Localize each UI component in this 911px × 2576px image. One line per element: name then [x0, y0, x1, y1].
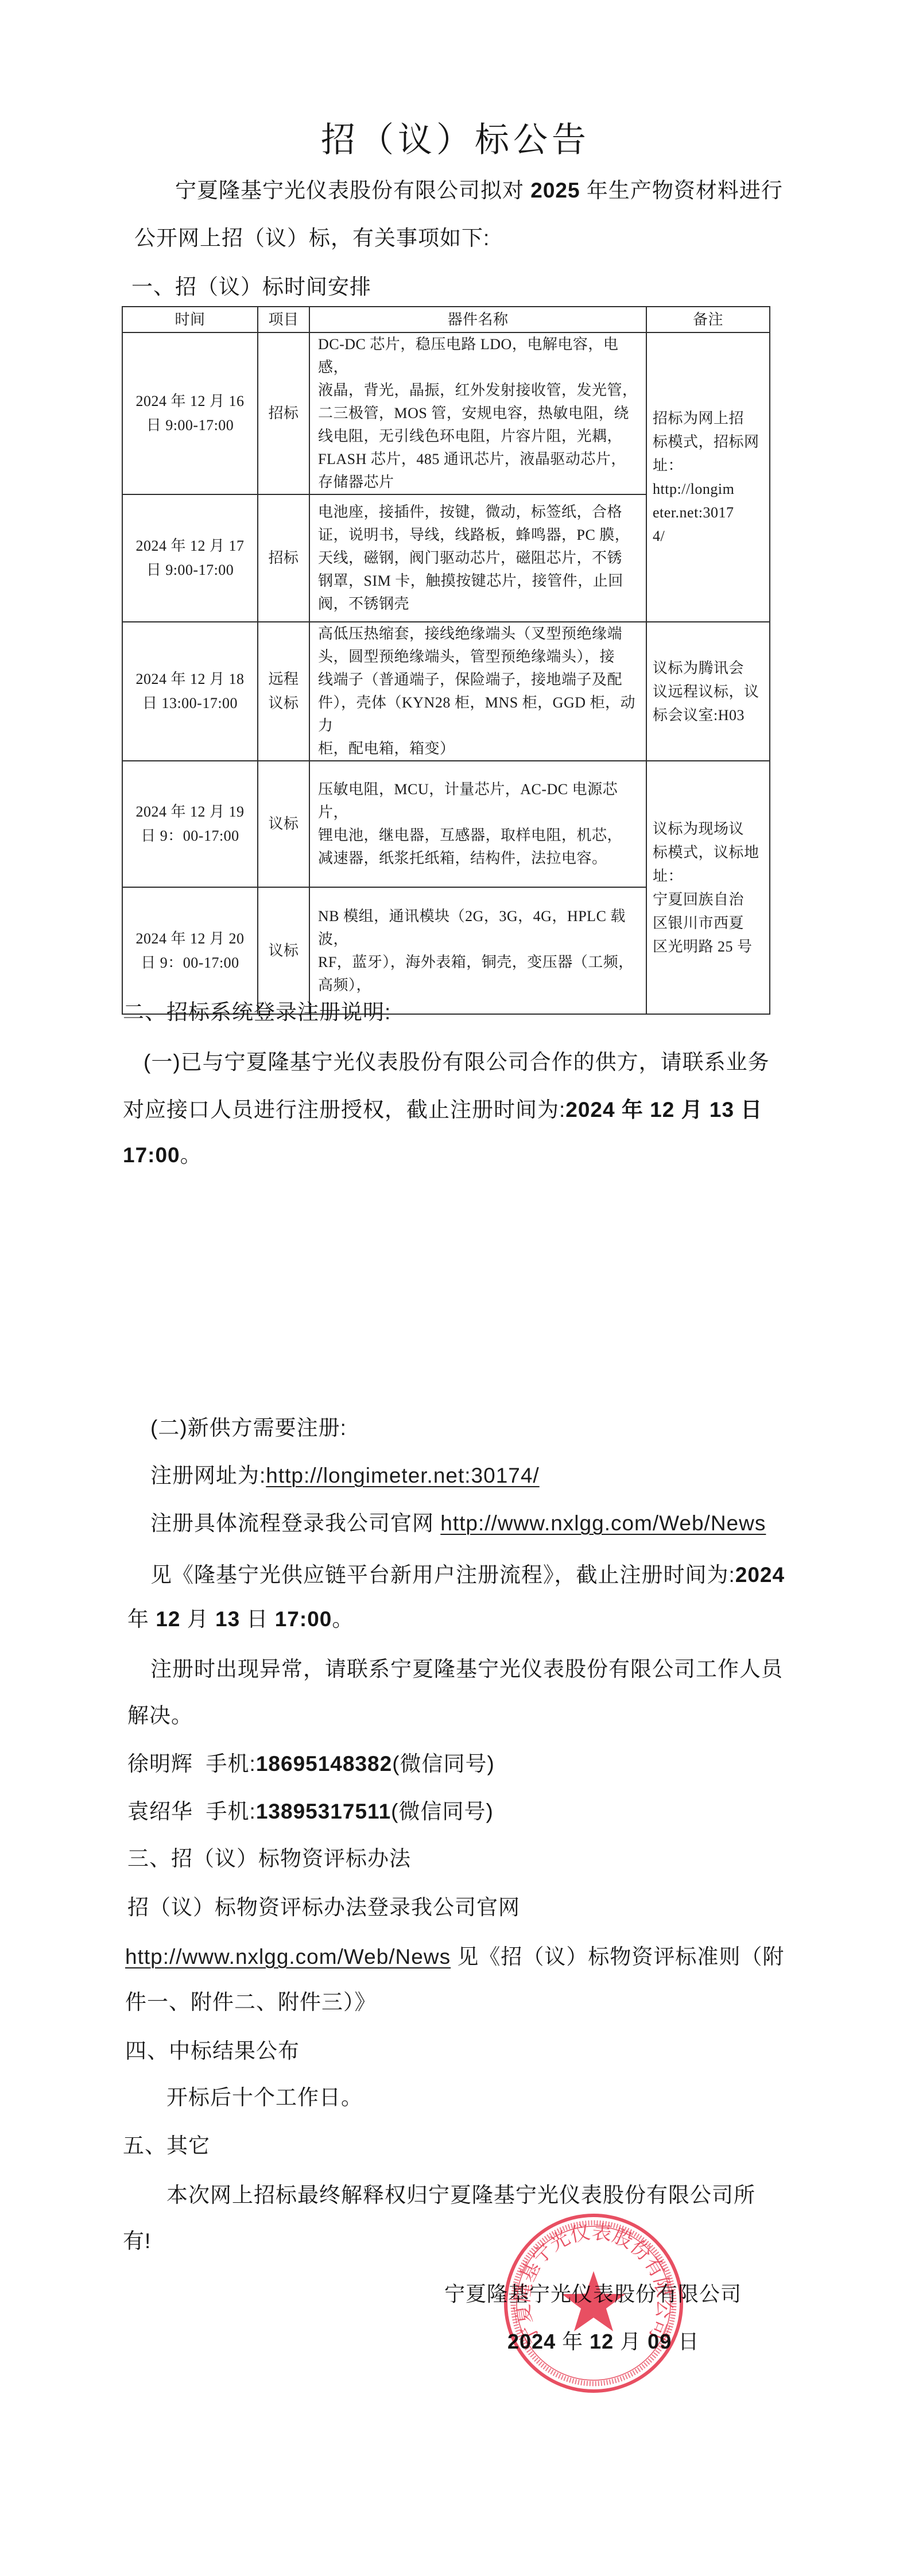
section-2-part-1-line-2: 对应接口人员进行注册授权，截止注册时间为:2024 年 12 月 13 日 — [123, 1097, 762, 1123]
cell-item: 议标 — [258, 761, 309, 887]
registration-guide-text: 见《隆基宁光供应链平台新用户注册流程》，截止注册时间为: — [150, 1563, 735, 1587]
contact-phone: 13895317511 — [256, 1800, 391, 1823]
section-3-heading: 三、招（议）标物资评标办法 — [127, 1846, 411, 1872]
registration-process-label: 注册具体流程登录我公司官网 — [150, 1511, 440, 1535]
registration-url-line: 注册网址为:http://longimeter.net:30174/ — [150, 1463, 540, 1489]
evaluation-rules-text: 见《招（议）标物资评标准则（附 — [451, 1945, 784, 1968]
cell-time: 2024 年 12 月 20 日 9：00-17:00 — [122, 887, 258, 1014]
table-header-time: 时间 — [122, 307, 258, 332]
intro-line-1: 宁夏隆基宁光仪表股份有限公司拟对 2025 年生产物资材料进行 — [175, 177, 783, 204]
company-website-link[interactable]: http://www.nxlgg.com/Web/News — [440, 1511, 766, 1535]
table-header-item: 项目 — [258, 307, 309, 332]
seal-star-icon — [562, 2271, 625, 2331]
deadline-time: 17:00 — [123, 1143, 180, 1167]
contact-item: 徐明辉 手机:18695148382(微信同号) — [127, 1751, 495, 1777]
intro-year: 2025 — [530, 179, 580, 202]
table-header-row: 时间 项目 器件名称 备注 — [122, 307, 770, 332]
cell-time: 2024 年 12 月 17 日 9:00-17:00 — [122, 494, 258, 622]
section-5-body-line-1: 本次网上招标最终解释权归宁夏隆基宁光仪表股份有限公司所 — [166, 2182, 755, 2208]
cell-item: 招标 — [258, 494, 309, 622]
table-row: 2024 年 12 月 16 日 9:00-17:00 招标 DC-DC 芯片，… — [122, 332, 770, 494]
section-3-line-3: 件一、附件二、附件三）》 — [125, 1989, 377, 2016]
cell-materials: DC-DC 芯片，稳压电路 LDO，电解电容，电感， 液晶，背光，晶振，红外发射… — [309, 332, 646, 494]
page-title: 招（议）标公告 — [0, 119, 911, 161]
cell-remark: 议标为现场议 标模式，议标地 址： 宁夏回族自治 区银川市西夏 区光明路 25 … — [646, 761, 770, 1014]
registration-process-line: 注册具体流程登录我公司官网 http://www.nxlgg.com/Web/N… — [150, 1510, 766, 1537]
section-1-heading: 一、招（议）标时间安排 — [131, 274, 371, 300]
contact-name: 徐明辉 — [127, 1752, 193, 1776]
cell-item: 议标 — [258, 887, 309, 1014]
section-3-line-1: 招（议）标物资评标办法登录我公司官网 — [127, 1894, 520, 1921]
schedule-table: 时间 项目 器件名称 备注 2024 年 12 月 16 日 9:00-17:0… — [122, 306, 770, 1015]
contact-name: 袁绍华 — [127, 1800, 193, 1823]
registration-deadline-line: 年 12 月 13 日 17:00。 — [127, 1606, 354, 1633]
cell-materials: 电池座，接插件，按键，微动，标签纸，合格 证，说明书，导线，线路板，蜂鸣器，PC… — [309, 494, 646, 622]
cell-materials: 高低压热缩套，接线绝缘端头（叉型预绝缘端 头，圆型预绝缘端头，管型预绝缘端头），… — [309, 622, 646, 761]
announcement-page: 招（议）标公告 宁夏隆基宁光仪表股份有限公司拟对 2025 年生产物资材料进行 … — [0, 0, 911, 2576]
company-seal-icon: 宁夏隆基宁光仪表股份有限公司 — [502, 2211, 685, 2395]
section-2-heading: 二、招标系统登录注册说明: — [123, 999, 391, 1026]
contact-phone-label: 手机: — [193, 1752, 256, 1776]
cell-item: 招标 — [258, 332, 309, 494]
registration-guide-line: 见《隆基宁光供应链平台新用户注册流程》，截止注册时间为:2024 — [150, 1562, 785, 1588]
section-5-body-line-2: 有! — [123, 2228, 151, 2254]
contact-phone: 18695148382 — [256, 1752, 392, 1776]
deadline-label: 对应接口人员进行注册授权，截止注册时间为: — [123, 1098, 565, 1121]
cell-item: 远程 议标 — [258, 622, 309, 761]
registration-url-label: 注册网址为: — [150, 1464, 266, 1487]
section-2-part-1-line-1: (一)已与宁夏隆基宁光仪表股份有限公司合作的供方，请联系业务 — [144, 1049, 770, 1076]
intro-text: 宁夏隆基宁光仪表股份有限公司拟对 — [175, 179, 530, 202]
date-unit: 日 — [240, 1607, 275, 1631]
section-4-body: 开标后十个工作日。 — [166, 2084, 363, 2111]
punctuation: 。 — [180, 1143, 202, 1167]
registration-url-link[interactable]: http://longimeter.net:30174/ — [266, 1464, 539, 1487]
cell-time: 2024 年 12 月 19 日 9：00-17:00 — [122, 761, 258, 887]
deadline-date: 2024 年 12 月 13 日 — [565, 1098, 762, 1121]
cell-materials: 压敏电阻，MCU，计量芯片，AC-DC 电源芯片， 锂电池，继电器，互感器，取样… — [309, 761, 646, 887]
registration-issue-line-2: 解决。 — [127, 1703, 193, 1729]
contact-phone-label: 手机: — [193, 1800, 256, 1823]
deadline-day: 13 — [215, 1607, 240, 1631]
section-2-part-1-line-3: 17:00。 — [123, 1142, 202, 1169]
contact-item: 袁绍华 手机:13895317511(微信同号) — [127, 1798, 494, 1825]
date-unit: 年 — [127, 1607, 156, 1631]
contact-note: (微信同号) — [392, 1752, 495, 1776]
cell-materials: NB 模组，通讯模块（2G，3G，4G，HPLC 载波， RF，蓝牙），海外表箱… — [309, 887, 646, 1014]
section-5-heading: 五、其它 — [123, 2133, 210, 2159]
intro-text: 年生产物资材料进行 — [580, 179, 783, 202]
section-3-line-2: http://www.nxlgg.com/Web/News 见《招（议）标物资评… — [125, 1944, 784, 1970]
deadline-year: 2024 — [735, 1563, 785, 1587]
deadline-time: 17:00 — [275, 1607, 332, 1631]
cell-remark: 招标为网上招 标模式，招标网 址： http://longim eter.net… — [646, 332, 770, 622]
section-4-heading: 四、中标结果公布 — [125, 2038, 300, 2064]
intro-line-2: 公开网上招（议）标，有关事项如下: — [134, 225, 490, 252]
date-unit: 月 — [180, 1607, 215, 1631]
table-row: 2024 年 12 月 19 日 9：00-17:00 议标 压敏电阻，MCU，… — [122, 761, 770, 887]
evaluation-rules-link[interactable]: http://www.nxlgg.com/Web/News — [125, 1945, 451, 1968]
cell-time: 2024 年 12 月 18 日 13:00-17:00 — [122, 622, 258, 761]
contact-note: (微信同号) — [391, 1800, 494, 1823]
punctuation: 。 — [332, 1607, 354, 1631]
table-header-remark: 备注 — [646, 307, 770, 332]
section-2-part-2-heading: (二)新供方需要注册: — [150, 1415, 347, 1441]
cell-time: 2024 年 12 月 16 日 9:00-17:00 — [122, 332, 258, 494]
deadline-month: 12 — [156, 1607, 180, 1631]
table-row: 2024 年 12 月 18 日 13:00-17:00 远程 议标 高低压热缩… — [122, 622, 770, 761]
registration-issue-line-1: 注册时出现异常，请联系宁夏隆基宁光仪表股份有限公司工作人员 — [150, 1656, 783, 1682]
table-header-materials: 器件名称 — [309, 307, 646, 332]
cell-remark: 议标为腾讯会 议远程议标，议 标会议室:H03 — [646, 622, 770, 761]
